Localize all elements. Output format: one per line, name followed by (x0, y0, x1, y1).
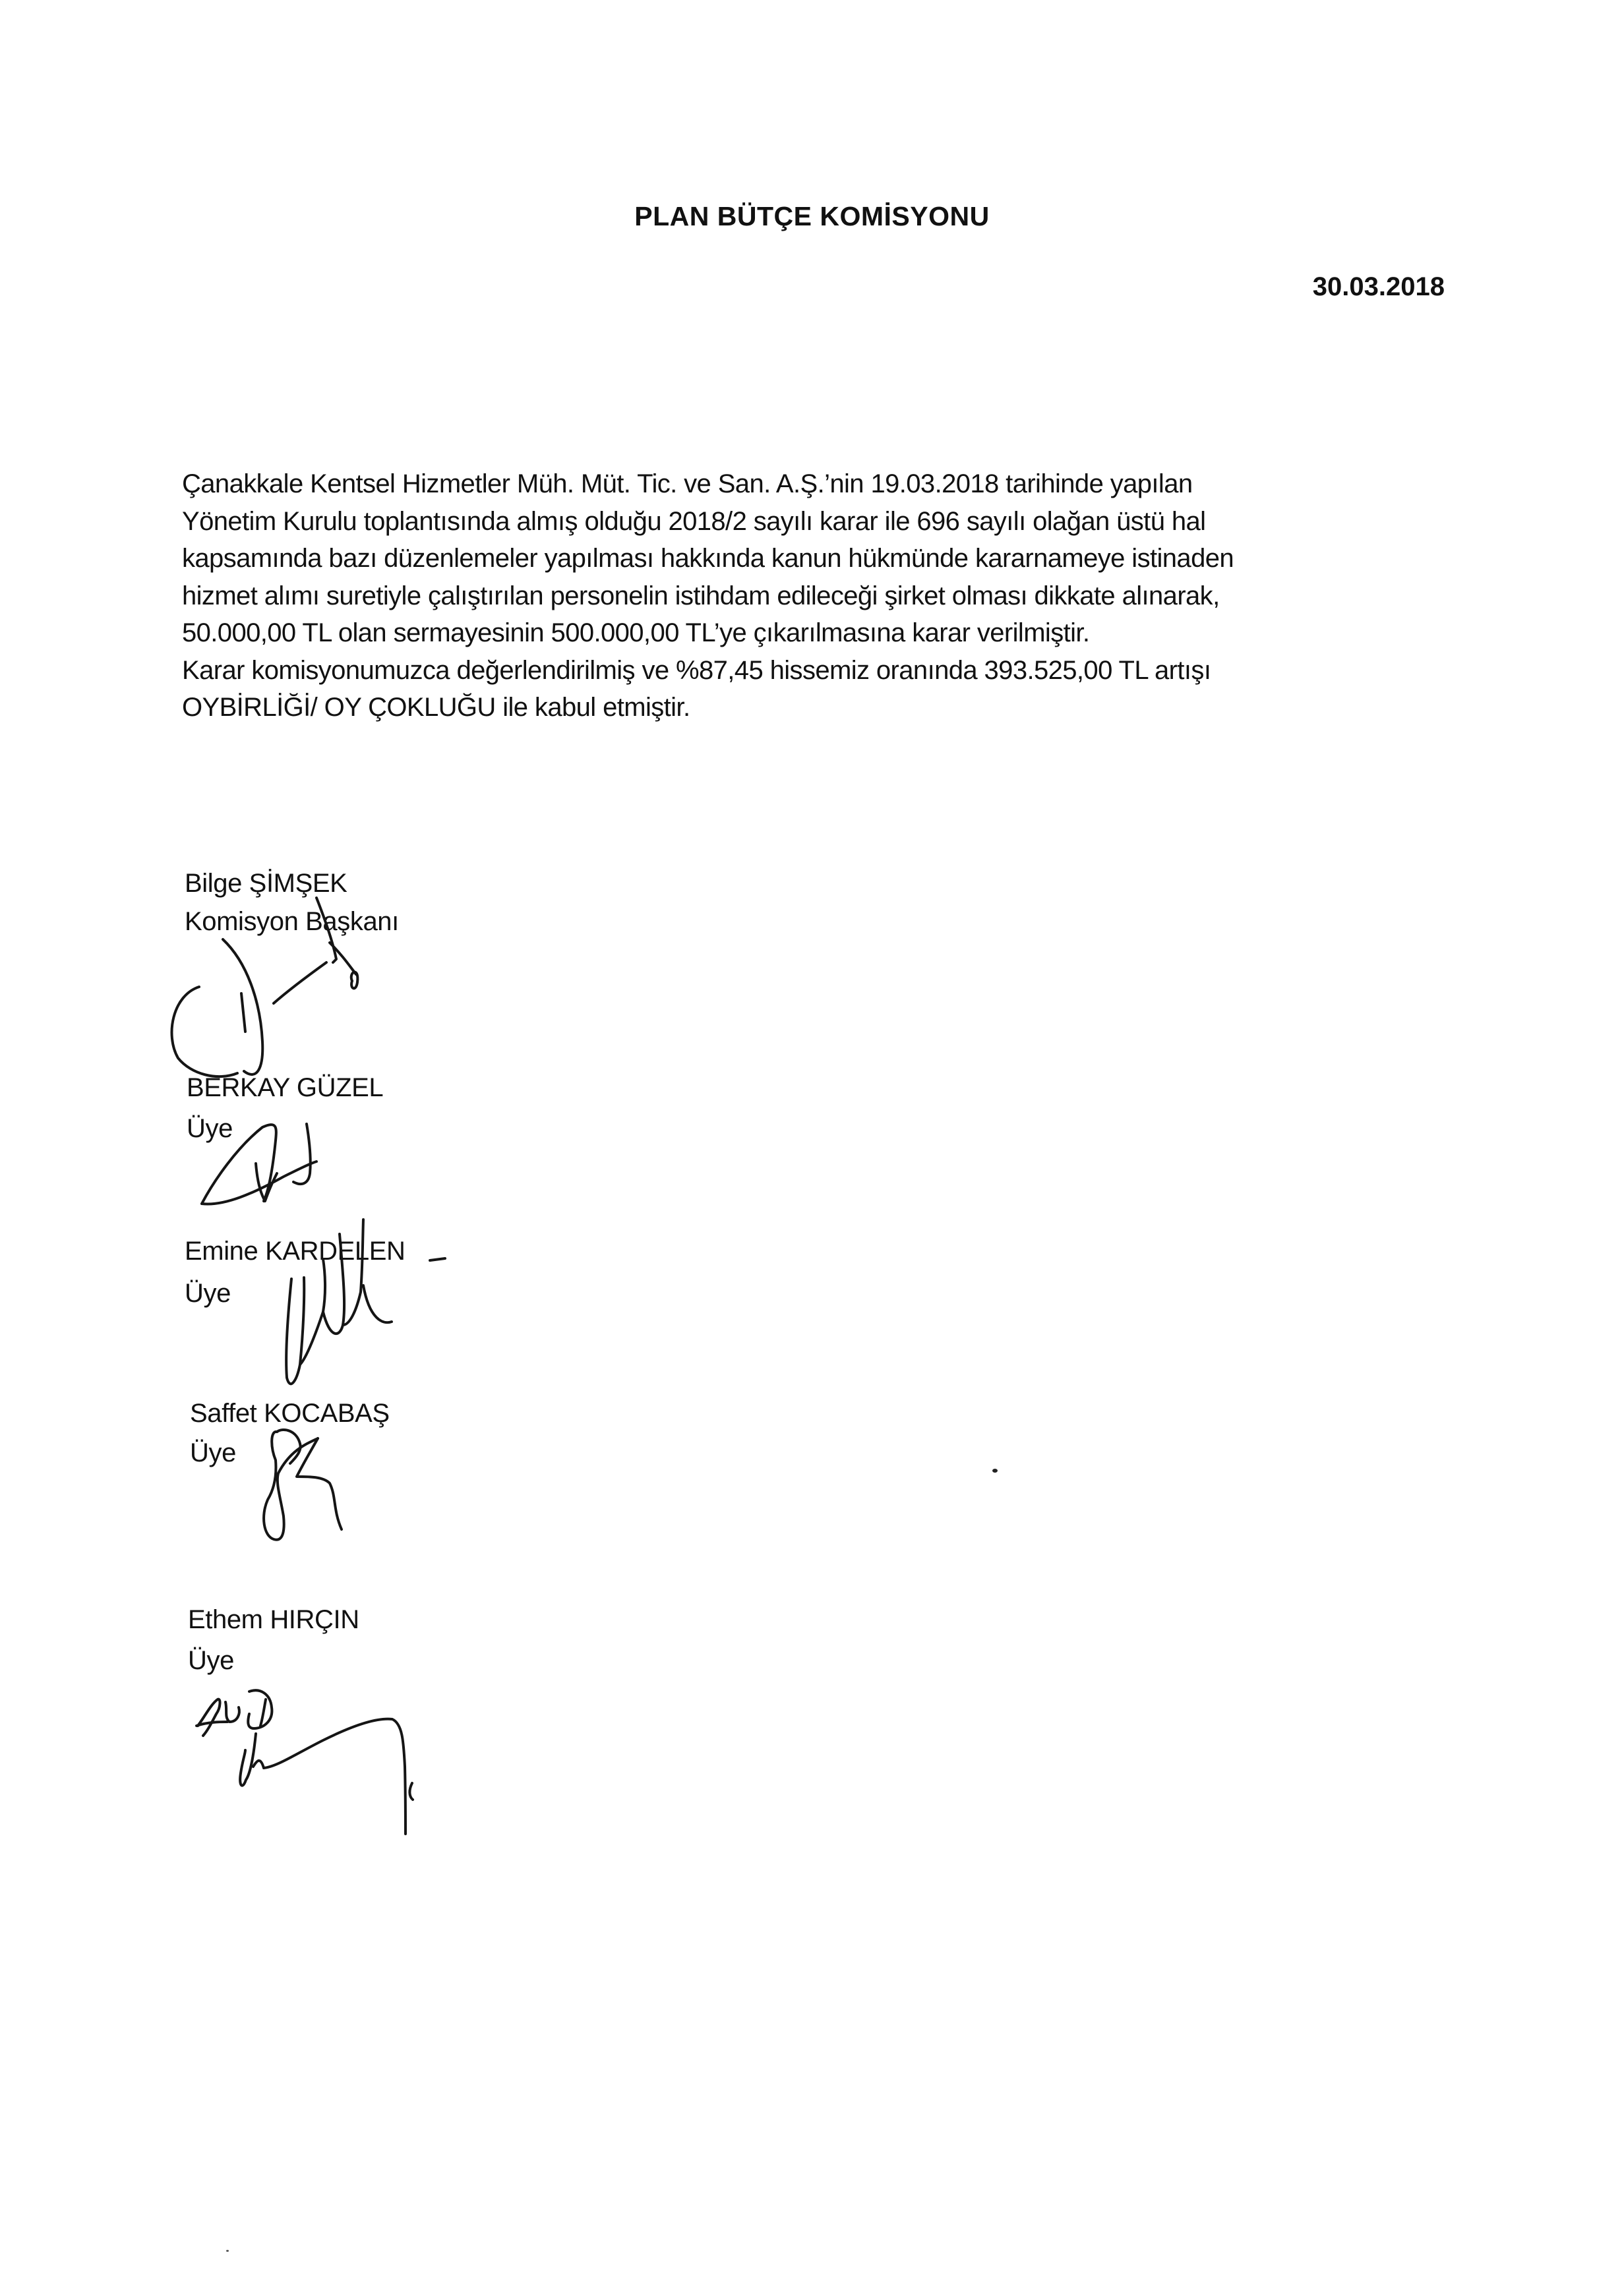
scan-speck (992, 1469, 998, 1473)
signatory-name: Saffet KOCABAŞ (190, 1399, 390, 1428)
signatory-role: Komisyon Başkanı (185, 907, 399, 937)
signatory-name: Bilge ŞİMŞEK (185, 869, 347, 898)
signatory-role: Üye (190, 1438, 236, 1468)
signatory-name: Emine KARDELEN (185, 1237, 406, 1266)
signatory-role: Üye (185, 1279, 231, 1309)
signature-block: Bilge ŞİMŞEK Komisyon Başkanı BERKAY GÜZ… (0, 0, 1624, 2296)
signatory-role: Üye (187, 1114, 233, 1144)
handwritten-signatures (0, 0, 1624, 2296)
signatory-name: BERKAY GÜZEL (187, 1073, 383, 1103)
signatory-name: Ethem HIRÇIN (188, 1605, 359, 1635)
scan-speck (226, 2250, 229, 2252)
signatory-role: Üye (188, 1646, 234, 1676)
signature-4-icon (264, 1430, 342, 1540)
signature-5-icon (196, 1690, 413, 1834)
document-page: PLAN BÜTÇE KOMİSYONU 30.03.2018 Çanakkal… (0, 0, 1624, 2296)
